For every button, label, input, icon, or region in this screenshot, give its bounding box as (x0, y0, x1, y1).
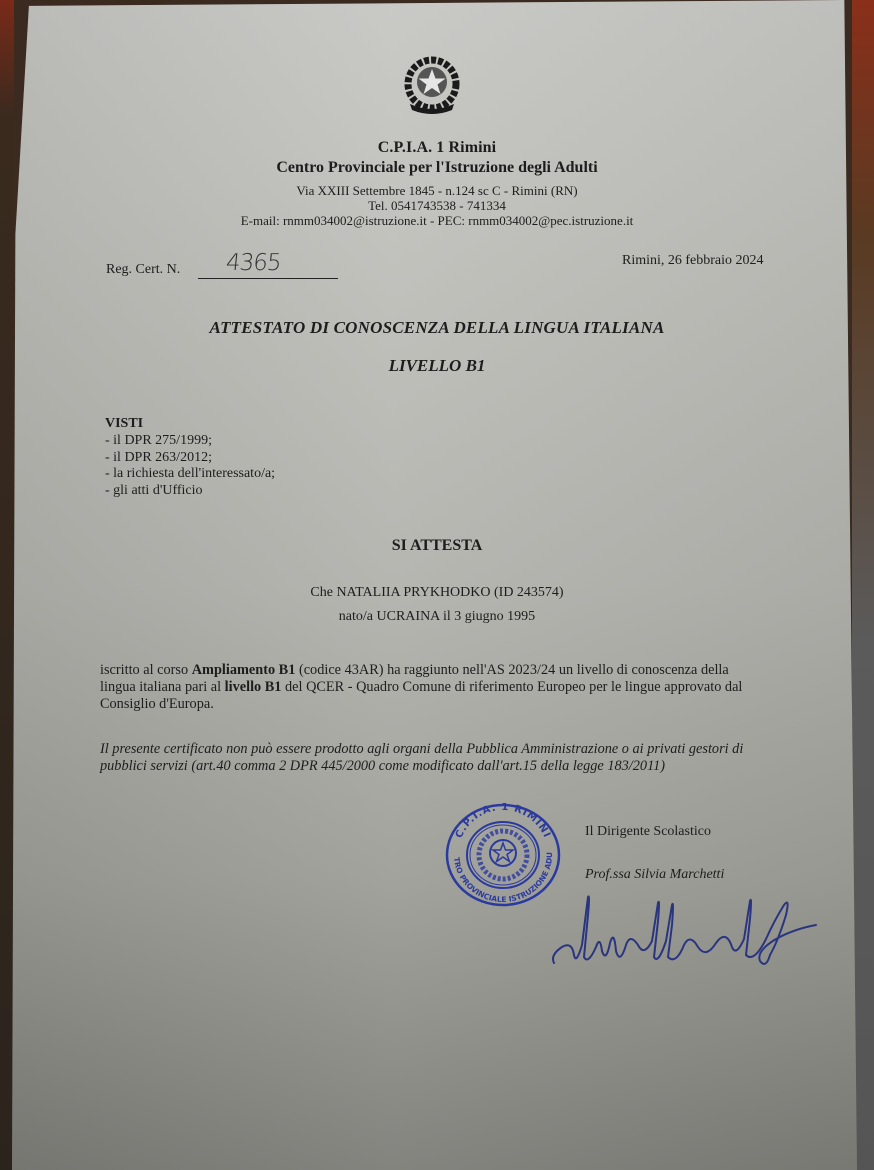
handwritten-signature (548, 885, 823, 977)
visti-item: - il DPR 275/1999; (105, 433, 275, 450)
org-phone: Tel. 0541743538 - 741334 (0, 198, 874, 214)
org-address: Via XXIII Settembre 1845 - n.124 sc C - … (0, 183, 874, 199)
attestation-heading: SI ATTESTA (0, 537, 874, 555)
signatory-role: Il Dirigente Scolastico (585, 824, 711, 840)
org-short-name: C.P.I.A. 1 Rimini (0, 139, 874, 157)
body-text: iscritto al corso (100, 662, 192, 678)
course-name: Ampliamento B1 (192, 662, 296, 678)
document-title: ATTESTATO DI CONOSCENZA DELLA LINGUA ITA… (0, 318, 874, 338)
visti-item: - il DPR 263/2012; (105, 450, 275, 467)
visti-item: - la richiesta dell'interessato/a; (105, 466, 275, 483)
birth-line: nato/a UCRAINA il 3 giugno 1995 (0, 609, 874, 625)
org-full-name: Centro Provinciale per l'Istruzione degl… (0, 159, 874, 177)
attestation-body: iscritto al corso Ampliamento B1 (codice… (100, 662, 760, 713)
reg-cert-label: Reg. Cert. N. (106, 262, 180, 278)
official-stamp-icon: C.P.I.A. 1 RIMINI CENTRO PROVINCIALE IST… (444, 803, 562, 907)
legal-note: Il presente certificato non può essere p… (100, 741, 770, 775)
visti-heading: VISTI (105, 416, 143, 432)
reg-cert-underline (198, 278, 338, 279)
place-date: Rimini, 26 febbraio 2024 (622, 253, 764, 269)
italian-republic-emblem-icon (398, 52, 466, 120)
org-email: E-mail: rnmm034002@istruzione.it - PEC: … (0, 213, 874, 229)
level-title: LIVELLO B1 (0, 356, 874, 376)
visti-list: - il DPR 275/1999; - il DPR 263/2012; - … (105, 433, 275, 499)
level-reached: livello B1 (225, 679, 282, 695)
visti-item: - gli atti d'Ufficio (105, 483, 275, 500)
signatory-name: Prof.ssa Silvia Marchetti (585, 867, 724, 883)
person-line: Che NATALIIA PRYKHODKO (ID 243574) (0, 585, 874, 601)
reg-cert-number: 4365 (225, 250, 282, 276)
